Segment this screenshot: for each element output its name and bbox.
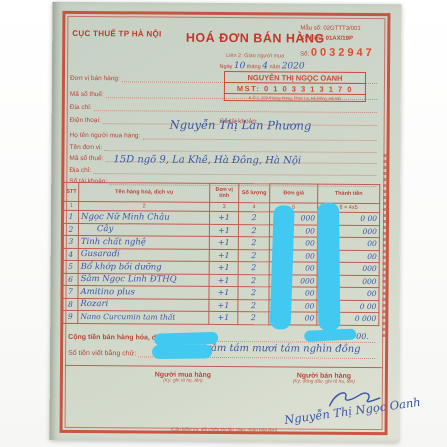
row-qty: 2 [238,262,269,275]
row-stt: 7 [63,285,78,298]
amount-in-words-label: Số tiền viết bằng chữ: [68,350,138,357]
row-unit: +1 [209,249,238,262]
row-unit: +1 [209,286,238,299]
date-day-handwritten: 10 [234,61,246,71]
sum-visible-digits: 00. [356,332,369,341]
buyer-name-handwritten: Nguyễn Thị Lan Phương [170,118,312,133]
row-item-name: Cây [78,223,209,236]
row-item-name: Nano Curcumin tam thất [78,310,209,323]
redaction-stroke-sum-right [304,329,356,342]
row-qty: 2 [238,299,269,312]
seller-unit-label: Đơn vị bán hàng: [70,75,122,82]
serial-symbol-line: Ký hiệu: 01AX/19P [300,34,396,45]
seller-signature-block: Người bán hàng (Ký, đóng dấu, ghi rõ họ,… [264,372,384,385]
form-number-label: Mẫu số: [300,26,321,32]
invoice-number-line: Số: 0032947 [300,44,396,63]
row-unit: +1 [209,236,238,249]
seller-phone-label: Điện thoại: [70,117,103,124]
buyer-signature-subtitle: (Ký, ghi rõ họ, tên) [128,378,238,384]
dotted-line [142,131,376,141]
row-unit: +1 [209,224,238,237]
invoice-number-label: Số: [300,52,309,58]
form-number-line: Mẫu số: 02GTTT3/001 [300,24,396,35]
date-year-handwritten: 2020 [282,61,305,71]
row-item-name: Ngọc Nữ Minh Châu [78,210,209,223]
row-stt: 3 [63,235,78,248]
row-qty: 2 [238,237,269,250]
row-stt: 1 [63,210,78,223]
col-header-qty: Số lượng [239,184,270,203]
date-word-day: Ngày [220,64,233,70]
photo-background: CỤC THUẾ TP HÀ NỘI HOÁ ĐƠN BÁN HÀNG Liên… [0,0,447,447]
index-cell: 3 [210,202,239,211]
buyer-unit-label: Tên đơn vị: [69,144,104,151]
row-item-name: Sâm Ngọc Linh ĐTHQ [78,273,209,286]
seller-stamp: NGUYỄN THỊ NGỌC OANH MST: 0 1 0 3 3 1 3 … [224,71,366,102]
seller-address-label: Địa chỉ: [70,104,94,111]
buyer-address-label: Địa chỉ: [69,167,93,174]
buyer-address-handwritten: 15D ngõ 9, La Khê, Hà Đông, Hà Nội [113,154,301,166]
redaction-stroke-total-column [317,203,340,331]
row-stt: 4 [63,248,78,261]
seller-stamp-name: NGUYỄN THỊ NGỌC OANH [224,71,366,84]
col-header-price: Đơn giá [270,184,318,203]
invoice-meta: Mẫu số: 02GTTT3/001 Ký hiệu: 01AX/19P Số… [300,24,396,64]
row-stt: 6 [63,273,78,286]
row-qty: 2 [238,224,269,237]
serial-symbol-label: Ký hiệu: [300,36,324,42]
form-number-value: 02GTTT3/001 [323,26,360,32]
row-qty: 2 [238,274,269,287]
col-header-total: Thành tiền [318,184,380,203]
row-item-name: Tinh chất nghệ [78,235,209,248]
index-cell: 4 [239,203,270,212]
redaction-stroke-sum-left [154,332,218,346]
row-qty: 2 [238,287,269,300]
date-word-month: tháng [247,64,261,70]
row-stt: 5 [63,260,78,273]
index-cell: 1 [64,201,79,210]
date-word-year: năm [269,64,280,70]
row-qty: 2 [238,249,269,262]
date-month-handwritten: 4 [262,61,268,71]
row-item-name: Bổ khớp bồi dưỡng [78,260,209,273]
row-unit: +1 [209,274,238,287]
seller-tax-label: Mã số thuế: [70,91,106,98]
row-unit: +1 [209,261,238,274]
seller-stamp-address: K.Ô 1, 209 Phùng Hưng, Phúc La, Hà Đông,… [224,94,366,102]
redaction-stroke-price-column [270,205,295,330]
row-qty: 2 [238,312,269,325]
row-unit: +1 [209,311,238,324]
invoice-number-value: 0032947 [311,47,375,59]
col-header-stt: STT [64,182,79,201]
row-qty: 2 [238,212,269,225]
buyer-signature-block: Người mua hàng (Ký, ghi rõ họ, tên) [128,371,238,384]
row-unit: +1 [209,211,238,224]
row-item-name: Gusaradi [78,248,209,261]
row-item-name: Rozari [78,298,209,311]
serial-symbol-value: 01AX/19P [326,36,353,42]
redaction-stroke-words [152,344,212,359]
buyer-name-label: Họ tên người mua hàng: [70,132,143,140]
buyer-tax-label: Mã số thuế: [69,155,105,162]
row-unit: +1 [209,299,238,312]
invoice-paper: CỤC THUẾ TP HÀ NỘI HOÁ ĐƠN BÁN HÀNG Liên… [49,2,401,442]
table-header-row: STT Tên hàng hoá, dịch vụ Đơn vị tính Số… [64,182,380,203]
row-item-name: Amitino plus [78,285,209,298]
seller-signature-subtitle: (Ký, đóng dấu, ghi rõ họ, tên) [264,379,384,385]
col-header-unit: Đơn vị tính [210,183,239,202]
row-stt: 8 [63,298,78,311]
row-stt: 2 [63,223,78,236]
col-header-name: Tên hàng hoá, dịch vụ [79,182,210,202]
row-stt: 9 [63,310,78,323]
amount-in-words-handwritten: trăm tám mươi tám nghìn đồng [202,343,361,355]
